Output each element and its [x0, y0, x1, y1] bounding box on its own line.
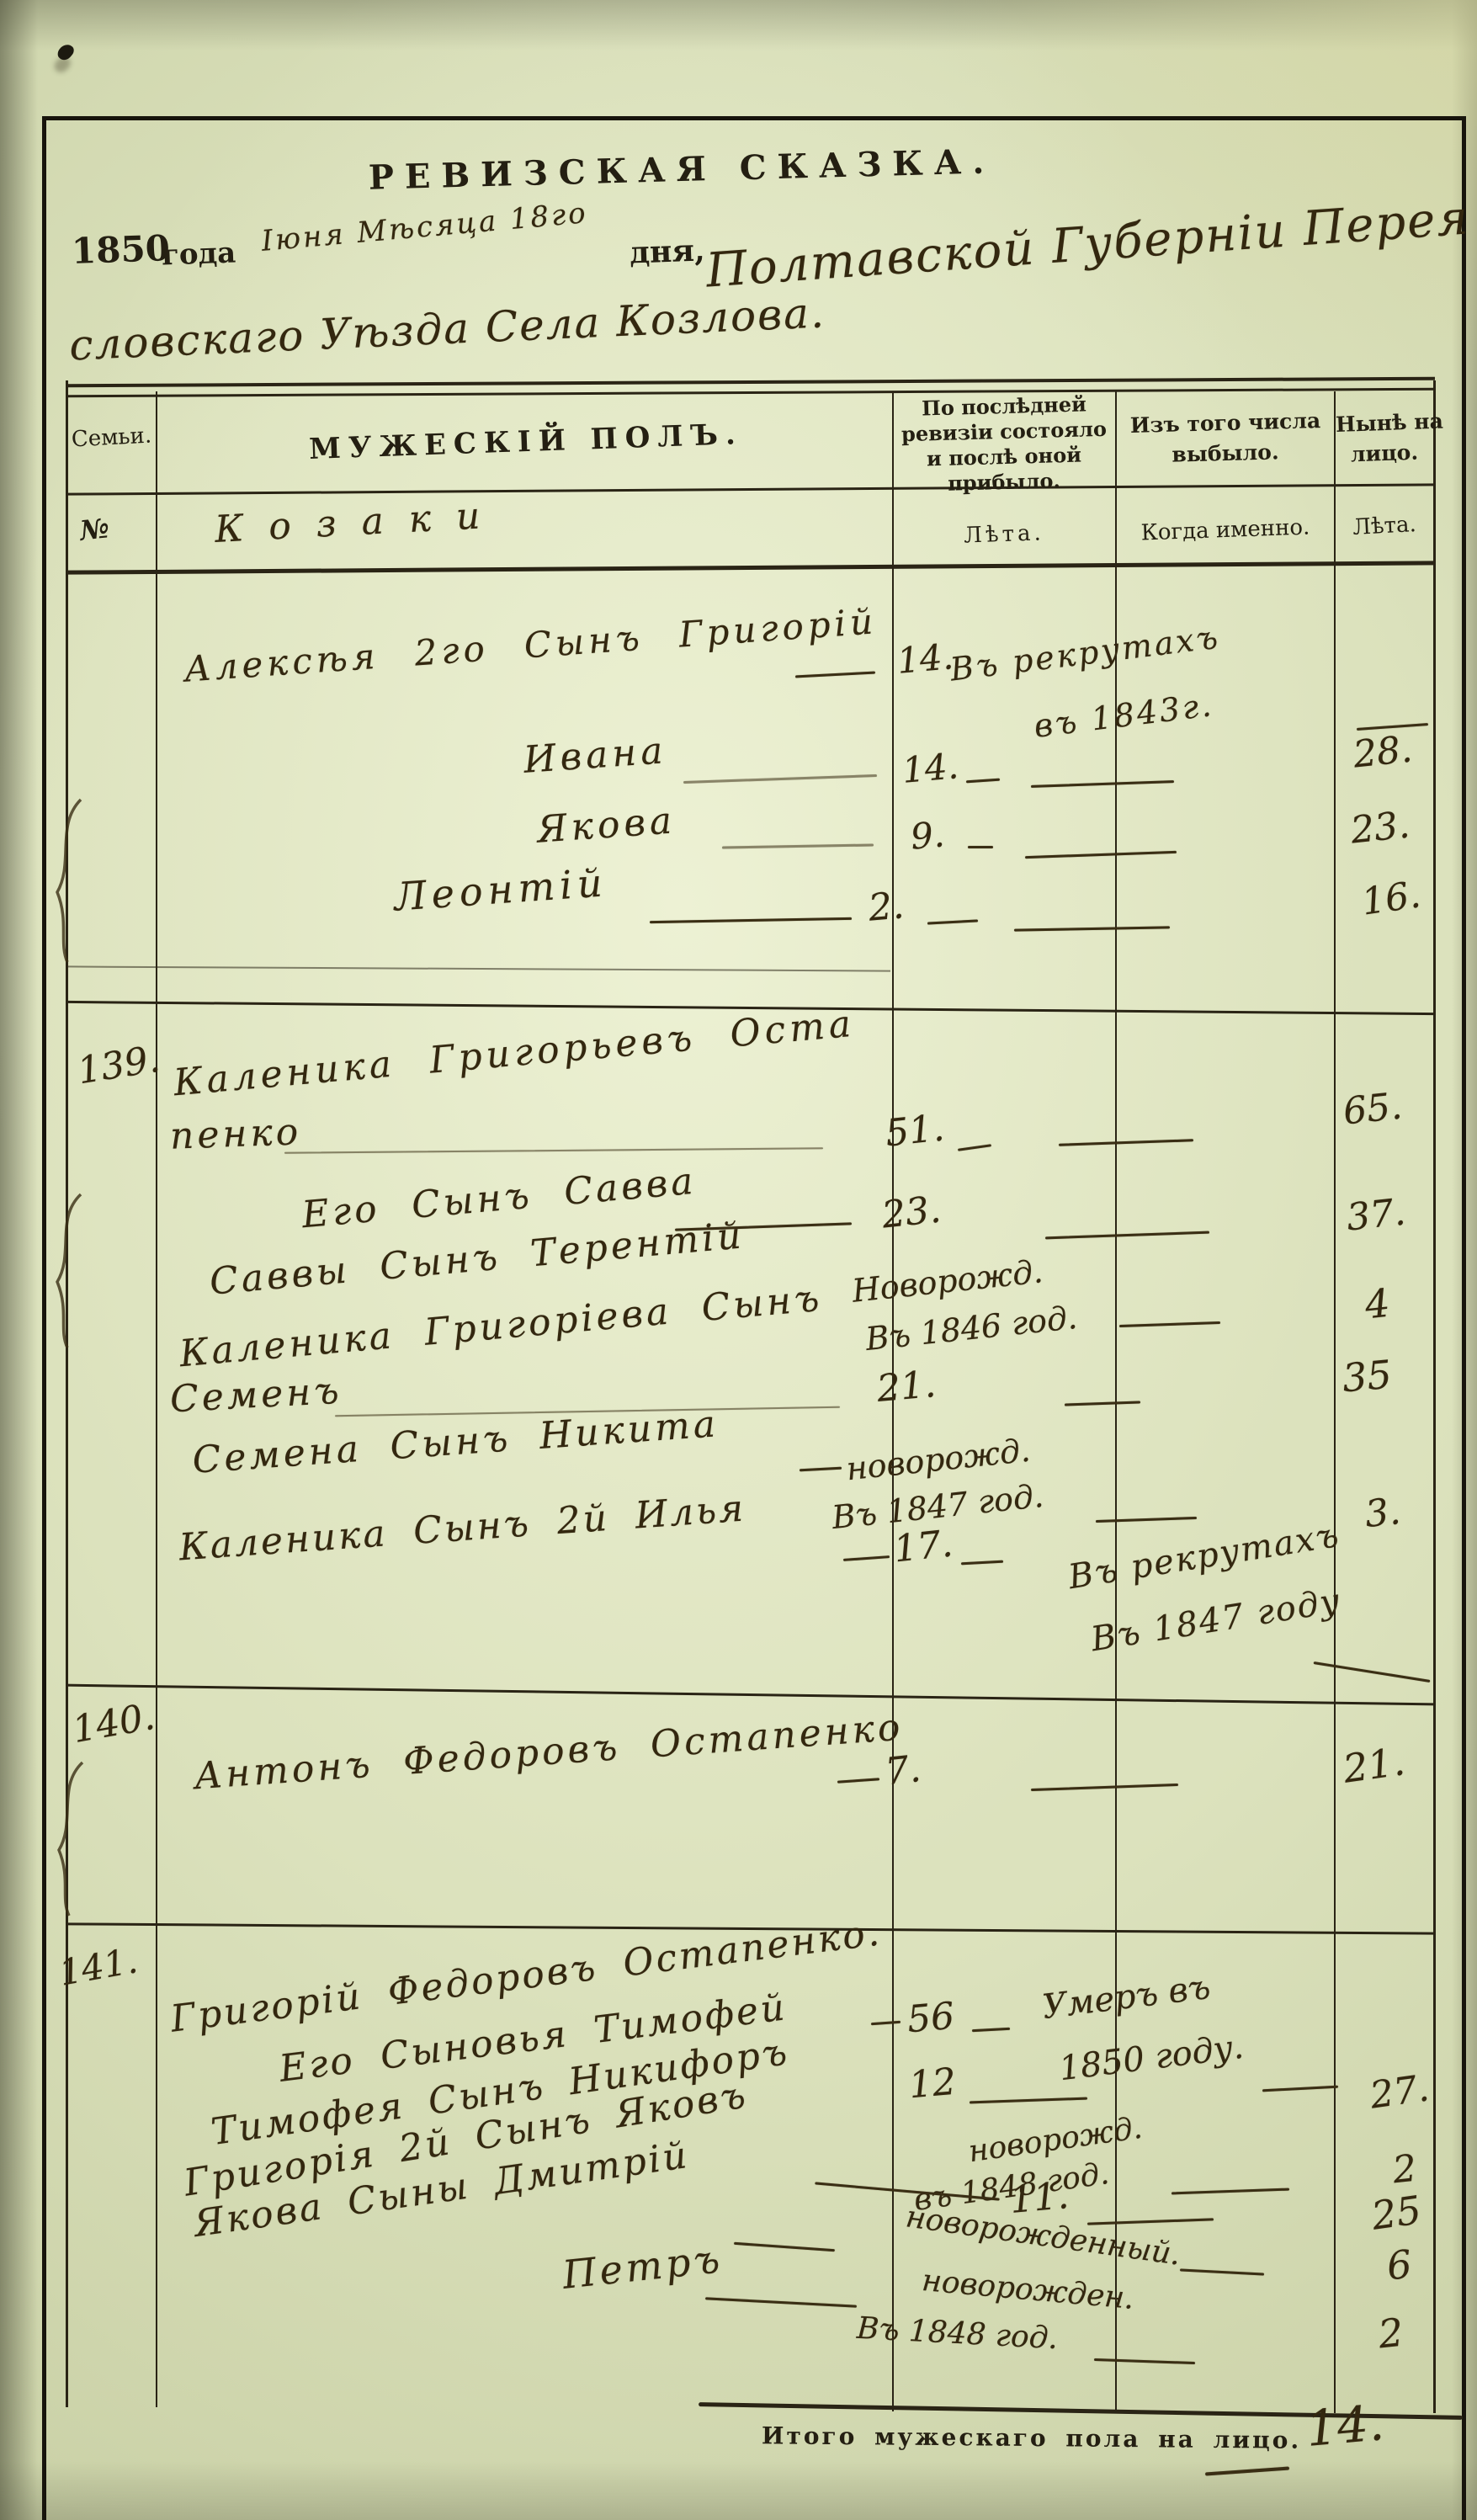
- age-prev: 14.: [895, 635, 955, 682]
- footer-total-value: 14.: [1304, 2394, 1386, 2458]
- age-now: 21.: [1341, 1738, 1408, 1792]
- age-now: 4: [1363, 1280, 1392, 1328]
- date-year-word: года: [161, 236, 236, 272]
- margin-brace: [50, 1191, 93, 1351]
- age-now: 16.: [1359, 873, 1423, 923]
- table-rule-col-now: [1334, 391, 1336, 2413]
- age-prev: 14.: [901, 745, 960, 791]
- table-rule-col-family: [156, 391, 157, 2407]
- person-name: пенко: [169, 1110, 302, 1157]
- ink-blot: [56, 41, 77, 63]
- subheader-number-sign: №: [78, 512, 111, 546]
- age-prev: 17.: [892, 1522, 955, 1571]
- age-prev: 56: [906, 1995, 956, 2042]
- age-now: 2: [1376, 2310, 1405, 2358]
- age-prev: 9.: [909, 813, 946, 857]
- age-now: 2: [1390, 2147, 1418, 2193]
- footer-total-label: Итого мужескаго пола на лицо.: [762, 2422, 1301, 2454]
- age-prev: 23.: [880, 1188, 943, 1236]
- person-name: Семенъ: [169, 1369, 343, 1422]
- age-now: 27.: [1368, 2066, 1432, 2117]
- col-header-family: Семьи.: [66, 423, 156, 452]
- age-prev: 7.: [883, 1747, 922, 1794]
- age-now: 35: [1341, 1352, 1394, 1401]
- subheader-years-now: Лѣта.: [1335, 511, 1433, 541]
- age-prev: 51.: [884, 1106, 947, 1155]
- age-now: 3.: [1363, 1490, 1402, 1536]
- age-now: 28.: [1352, 727, 1415, 776]
- col-header-now-1: Нынѣ на: [1336, 409, 1434, 437]
- margin-brace: [52, 1759, 94, 1919]
- date-day-word: дня,: [629, 232, 705, 270]
- age-prev: 12: [907, 2060, 958, 2108]
- age-now: 6: [1384, 2241, 1414, 2289]
- age-now: 65.: [1342, 1084, 1405, 1133]
- age-now: 23.: [1349, 803, 1412, 852]
- table-rule-left-border: [66, 380, 68, 2407]
- col-header-now-2: лицо.: [1336, 439, 1434, 467]
- scanned-census-page: РЕВИЗСКАЯ СКАЗКА. 1850 года Іюня Мѣсяца …: [0, 0, 1477, 2520]
- margin-brace: [49, 795, 91, 964]
- table-rule-right-border: [1433, 380, 1436, 2413]
- age-now: 25: [1369, 2187, 1424, 2239]
- date-year: 1850: [71, 227, 171, 272]
- age-prev: 2.: [867, 884, 906, 929]
- age-prev: 21.: [875, 1363, 938, 1411]
- age-now: 37.: [1345, 1190, 1408, 1239]
- ink-dash: [968, 846, 993, 848]
